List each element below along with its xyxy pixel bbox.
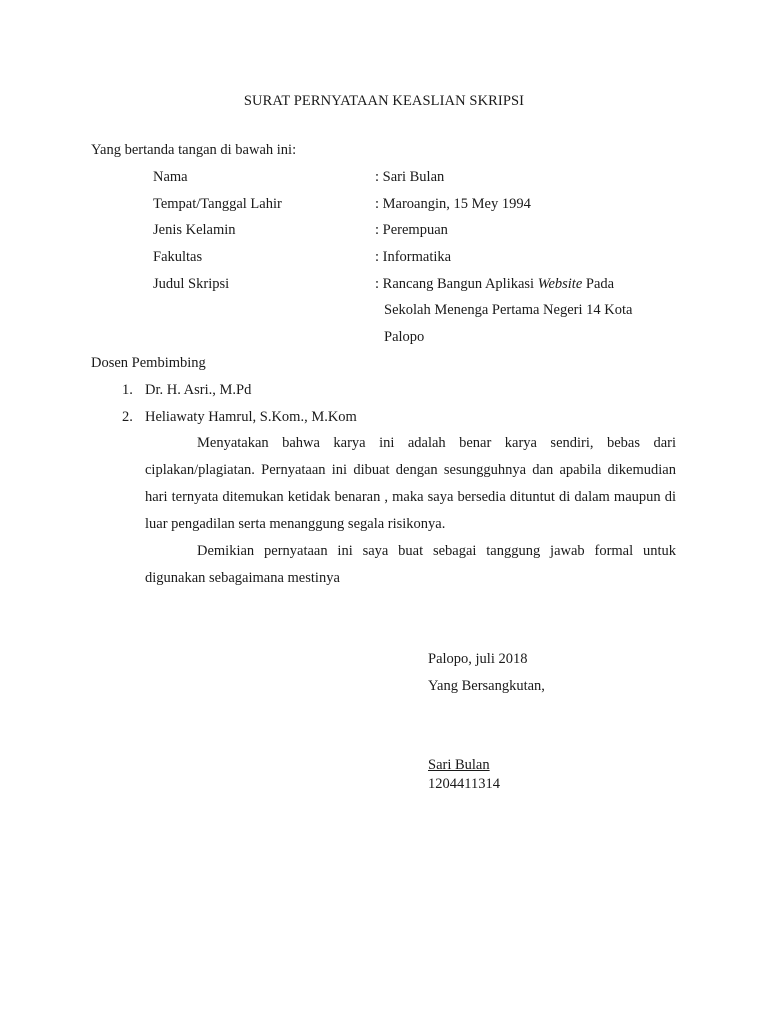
supervisors-heading: Dosen Pembimbing [91, 355, 206, 372]
field-value-nama: : Sari Bulan [375, 169, 444, 186]
field-label-gender: Jenis Kelamin [153, 222, 236, 239]
signature-name: Sari Bulan [428, 757, 490, 774]
field-value-birth: : Maroangin, 15 Mey 1994 [375, 196, 531, 213]
supervisor-number: 2. [122, 409, 133, 426]
signature-id-number: 1204411314 [428, 776, 500, 793]
thesis-title-italic: Website [538, 276, 583, 292]
field-label-faculty: Fakultas [153, 249, 202, 266]
document-title: SURAT PERNYATAAN KEASLIAN SKRIPSI [0, 93, 768, 110]
field-label-nama: Nama [153, 169, 188, 186]
signature-role: Yang Bersangkutan, [428, 678, 545, 695]
thesis-title-prefix: : Rancang Bangun Aplikasi [375, 276, 538, 292]
supervisor-number: 1. [122, 382, 133, 399]
statement-text: Menyatakan bahwa karya ini adalah benar … [145, 435, 676, 532]
supervisor-name: Dr. H. Asri., M.Pd [145, 382, 251, 399]
thesis-title-suffix: Pada [582, 276, 614, 292]
intro-text: Yang bertanda tangan di bawah ini: [91, 142, 296, 159]
thesis-title-line-2: Sekolah Menenga Pertama Negeri 14 Kota [384, 302, 632, 319]
signature-place-date: Palopo, juli 2018 [428, 651, 528, 668]
field-label-birth: Tempat/Tanggal Lahir [153, 196, 282, 213]
closing-text: Demikian pernyataan ini saya buat sebaga… [145, 543, 676, 586]
statement-paragraph: Menyatakan bahwa karya ini adalah benar … [145, 430, 676, 538]
thesis-title-line-3: Palopo [384, 329, 424, 346]
field-value-faculty: : Informatika [375, 249, 451, 266]
field-label-thesis-title: Judul Skripsi [153, 276, 229, 293]
closing-paragraph: Demikian pernyataan ini saya buat sebaga… [145, 538, 676, 592]
field-value-thesis-title: : Rancang Bangun Aplikasi Website Pada [375, 276, 614, 293]
field-value-gender: : Perempuan [375, 222, 448, 239]
supervisor-name: Heliawaty Hamrul, S.Kom., M.Kom [145, 409, 357, 426]
